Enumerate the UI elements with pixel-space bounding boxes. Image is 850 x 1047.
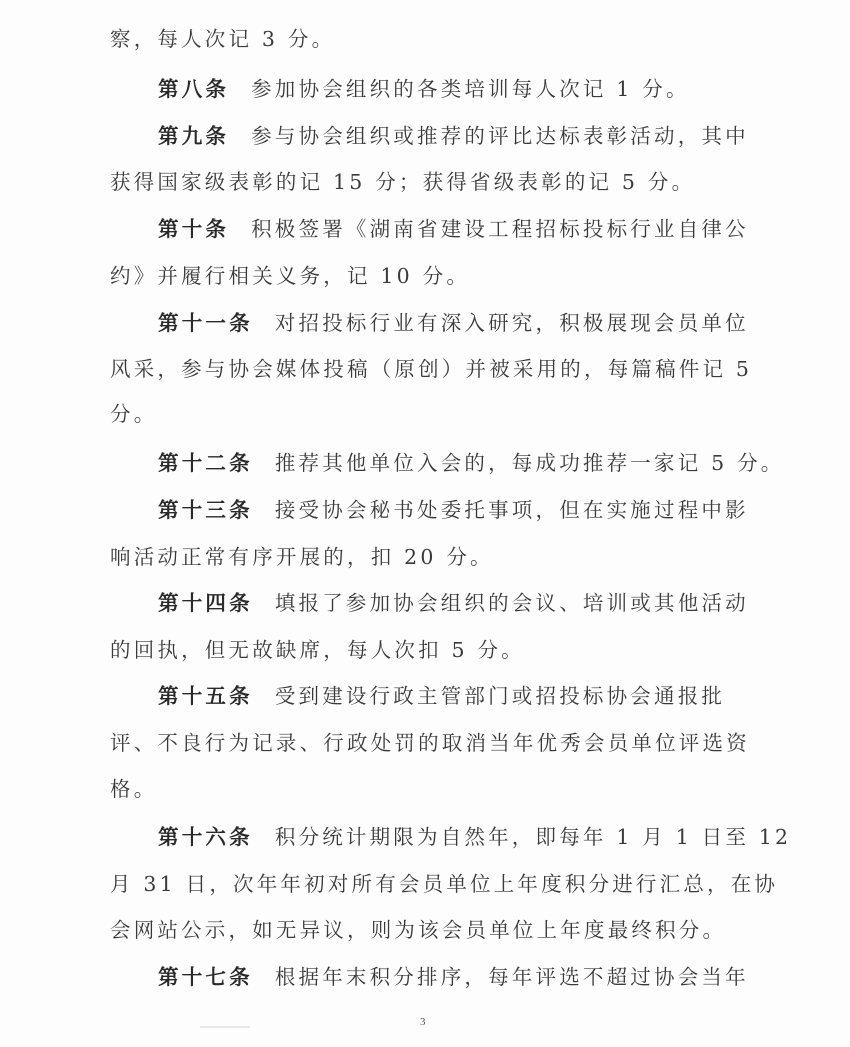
line-text: 获得国家级表彰的记 15 分；获得省级表彰的记 5 分。 bbox=[110, 170, 695, 194]
line-text: 会网站公示，如无异议，则为该会员单位上年度最终积分。 bbox=[110, 918, 726, 942]
text-line: 分。 bbox=[110, 400, 740, 428]
line-text: 格。 bbox=[110, 777, 157, 801]
article-number: 第十三条 bbox=[158, 498, 253, 522]
text-line: 会网站公示，如无异议，则为该会员单位上年度最终积分。 bbox=[110, 916, 740, 944]
line-text: 积极签署《湖南省建设工程招标投标行业自律公 bbox=[251, 217, 749, 241]
text-line: 月 31 日，次年年初对所有会员单位上年度积分进行汇总，在协 bbox=[110, 870, 740, 898]
line-text: 分。 bbox=[110, 402, 157, 426]
text-line: 风采，参与协会媒体投稿（原创）并被采用的，每篇稿件记 5 bbox=[110, 355, 740, 383]
article-number: 第十六条 bbox=[158, 825, 253, 849]
page-number: 3 bbox=[420, 1016, 426, 1028]
article-line: 第十条积极签署《湖南省建设工程招标投标行业自律公 bbox=[158, 215, 740, 243]
document-page: 3 察，每人次记 3 分。第八条参加协会组织的各类培训每人次记 1 分。第九条参… bbox=[0, 0, 850, 1047]
line-text: 接受协会秘书处委托事项，但在实施过程中影 bbox=[275, 498, 749, 522]
line-text: 风采，参与协会媒体投稿（原创）并被采用的，每篇稿件记 5 bbox=[110, 357, 752, 381]
article-line: 第十四条填报了参加协会组织的会议、培训或其他活动 bbox=[158, 589, 740, 617]
text-line: 察，每人次记 3 分。 bbox=[110, 25, 740, 53]
line-text: 受到建设行政主管部门或招投标协会通报批 bbox=[275, 684, 725, 708]
article-line: 第九条参与协会组织或推荐的评比达标表彰活动，其中 bbox=[158, 122, 740, 150]
line-text: 对招投标行业有深入研究，积极展现会员单位 bbox=[275, 311, 749, 335]
line-text: 参与协会组织或推荐的评比达标表彰活动，其中 bbox=[251, 124, 749, 148]
article-number: 第九条 bbox=[158, 124, 229, 148]
article-line: 第十七条根据年末积分排序，每年评选不超过协会当年 bbox=[158, 963, 740, 991]
article-number: 第十二条 bbox=[158, 451, 253, 475]
article-line: 第十一条对招投标行业有深入研究，积极展现会员单位 bbox=[158, 309, 740, 337]
article-number: 第十一条 bbox=[158, 311, 253, 335]
scan-smudge bbox=[200, 1026, 250, 1028]
article-line: 第十五条受到建设行政主管部门或招投标协会通报批 bbox=[158, 682, 740, 710]
line-text: 评、不良行为记录、行政处罚的取消当年优秀会员单位评选资 bbox=[110, 731, 750, 755]
article-line: 第十六条积分统计期限为自然年，即每年 1 月 1 日至 12 bbox=[158, 823, 740, 851]
article-line: 第八条参加协会组织的各类培训每人次记 1 分。 bbox=[158, 75, 740, 103]
text-line: 获得国家级表彰的记 15 分；获得省级表彰的记 5 分。 bbox=[110, 168, 740, 196]
line-text: 参加协会组织的各类培训每人次记 1 分。 bbox=[251, 77, 690, 101]
line-text: 响活动正常有序开展的，扣 20 分。 bbox=[110, 545, 494, 569]
line-text: 月 31 日，次年年初对所有会员单位上年度积分进行汇总，在协 bbox=[110, 872, 778, 896]
text-line: 格。 bbox=[110, 775, 740, 803]
text-line: 约》并履行相关义务，记 10 分。 bbox=[110, 262, 740, 290]
article-number: 第十条 bbox=[158, 217, 229, 241]
line-text: 约》并履行相关义务，记 10 分。 bbox=[110, 264, 470, 288]
text-line: 的回执，但无故缺席，每人次扣 5 分。 bbox=[110, 636, 740, 664]
article-number: 第十四条 bbox=[158, 591, 253, 615]
article-line: 第十二条推荐其他单位入会的，每成功推荐一家记 5 分。 bbox=[158, 449, 740, 477]
article-number: 第十七条 bbox=[158, 965, 253, 989]
line-text: 根据年末积分排序，每年评选不超过协会当年 bbox=[275, 965, 749, 989]
line-text: 的回执，但无故缺席，每人次扣 5 分。 bbox=[110, 638, 525, 662]
article-number: 第十五条 bbox=[158, 684, 253, 708]
text-line: 评、不良行为记录、行政处罚的取消当年优秀会员单位评选资 bbox=[110, 729, 740, 757]
line-text: 察，每人次记 3 分。 bbox=[110, 27, 335, 51]
line-text: 积分统计期限为自然年，即每年 1 月 1 日至 12 bbox=[275, 825, 791, 849]
article-line: 第十三条接受协会秘书处委托事项，但在实施过程中影 bbox=[158, 496, 740, 524]
text-line: 响活动正常有序开展的，扣 20 分。 bbox=[110, 543, 740, 571]
line-text: 填报了参加协会组织的会议、培训或其他活动 bbox=[275, 591, 749, 615]
article-number: 第八条 bbox=[158, 77, 229, 101]
line-text: 推荐其他单位入会的，每成功推荐一家记 5 分。 bbox=[275, 451, 785, 475]
